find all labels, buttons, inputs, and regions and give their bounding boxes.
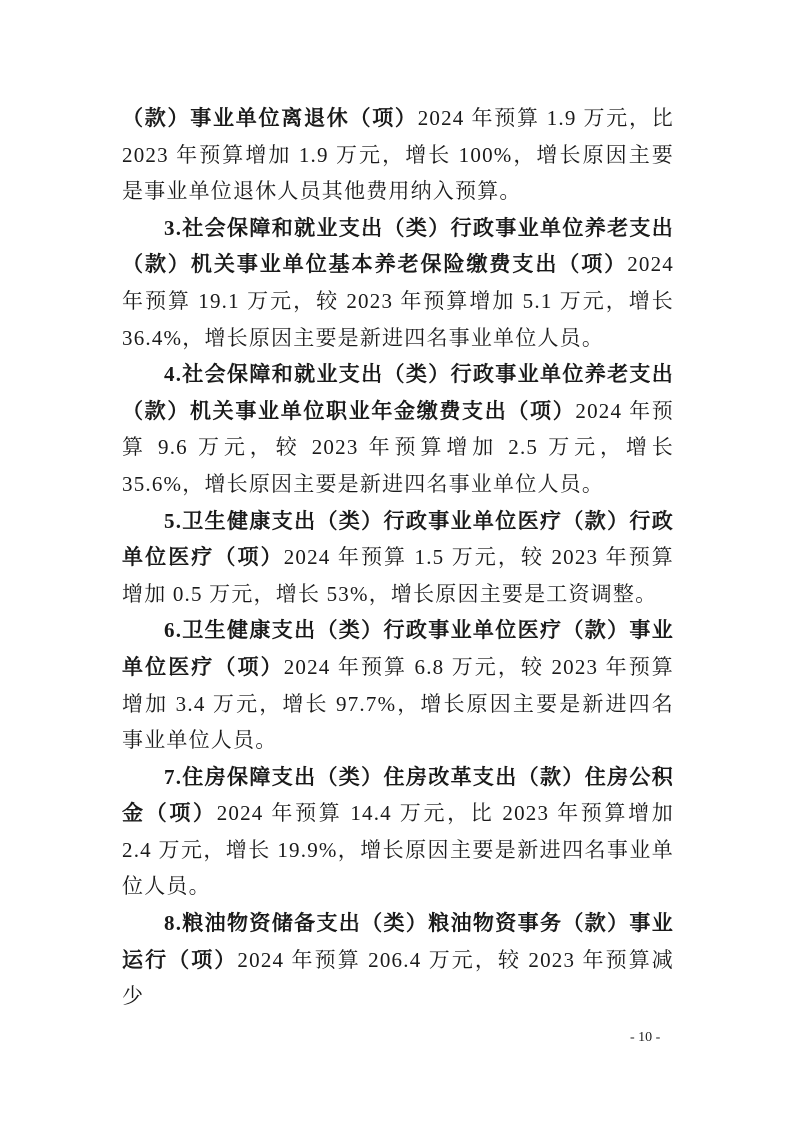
- paragraph-item-6: 6.卫生健康支出（类）行政事业单位医疗（款）事业单位医疗（项）2024 年预算 …: [122, 612, 674, 758]
- paragraph-item-4: 4.社会保障和就业支出（类）行政事业单位养老支出（款）机关事业单位职业年金缴费支…: [122, 356, 674, 502]
- paragraph-item-5: 5.卫生健康支出（类）行政事业单位医疗（款）行政单位医疗（项）2024 年预算 …: [122, 503, 674, 613]
- paragraph-retirement: （款）事业单位离退休（项）2024 年预算 1.9 万元，比 2023 年预算增…: [122, 100, 674, 210]
- page-number: - 10 -: [630, 1030, 660, 1046]
- paragraph-item-8: 8.粮油物资储备支出（类）粮油物资事务（款）事业运行（项）2024 年预算 20…: [122, 905, 674, 1015]
- paragraph-item-7: 7.住房保障支出（类）住房改革支出（款）住房公积金（项）2024 年预算 14.…: [122, 759, 674, 905]
- paragraph-heading: （款）事业单位离退休（项）: [122, 106, 418, 130]
- paragraph-heading: 3.社会保障和就业支出（类）行政事业单位养老支出（款）机关事业单位基本养老保险缴…: [122, 216, 674, 277]
- document-body: （款）事业单位离退休（项）2024 年预算 1.9 万元，比 2023 年预算增…: [122, 100, 674, 1015]
- paragraph-item-3: 3.社会保障和就业支出（类）行政事业单位养老支出（款）机关事业单位基本养老保险缴…: [122, 210, 674, 356]
